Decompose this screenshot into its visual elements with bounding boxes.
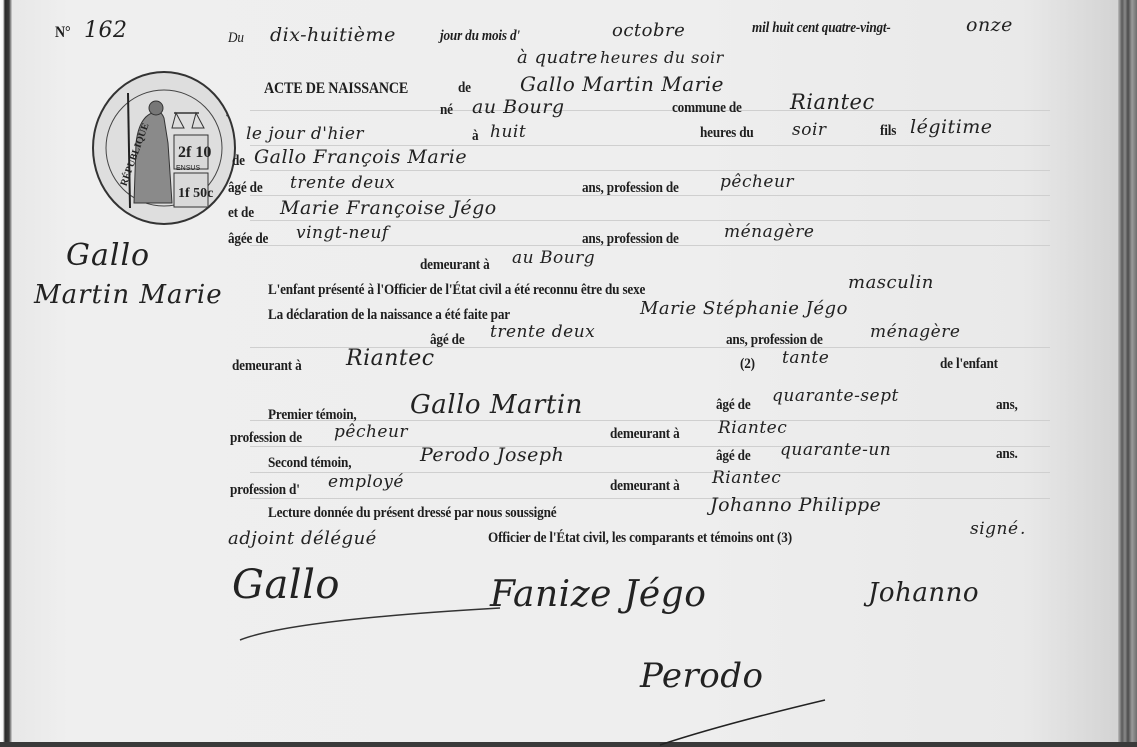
officer-role: adjoint délégué [228,528,377,549]
signature-johanno: Johanno [868,578,979,608]
first-witness-residence: Riantec [718,418,787,438]
signature-flourish [230,600,510,650]
second-witness-residence: Riantec [712,468,781,488]
jour-du-mois-label: jour du mois d' [440,28,520,45]
ruled-line [250,446,1050,447]
mother-age-label: âgée de [228,231,268,248]
child-sex: masculin [848,272,934,293]
hours-period: soir [792,120,827,140]
second-witness-age: quarante-un [780,440,891,460]
signature-jego: Fanize Jégo [490,574,706,615]
ruled-line [250,220,1050,221]
sex-statement: L'enfant présenté à l'Officier de l'État… [268,282,645,299]
second-witness-name: Perodo Joseph [420,444,564,466]
a-label: à [472,128,478,145]
first-witness-age-label: âgé de [716,397,751,414]
signature-underline [640,690,840,747]
second-witness-age-label: âgé de [716,448,751,465]
first-witness-residence-label: demeurant à [610,426,680,443]
fils-label: fils [880,123,896,140]
first-witness-profession: pêcheur [334,422,408,442]
svg-text:2f 10: 2f 10 [178,144,211,161]
ne-label: né [440,102,453,119]
page-binding-edge-right [1118,0,1137,747]
birth-hour: huit [490,122,526,142]
ruled-line [250,170,1050,171]
declarant-name: Marie Stéphanie Jégo [640,298,848,319]
justice-figure-icon: 2f 10 ENSUS 1f 50c RÉPUBLIQUE FRANÇAISE [94,73,234,223]
second-witness-profession-label: profession d' [230,482,300,499]
officer-statement: Officier de l'État civil, les comparants… [488,530,792,547]
ruled-line [250,420,1050,421]
svg-text:FRANÇAISE: FRANÇAISE [210,83,234,139]
signed-period: . [1020,519,1026,539]
relation-note: (2) [740,356,755,373]
mother-profession: ménagère [724,222,814,242]
relation-suffix: de l'enfant [940,356,998,373]
ruled-line [250,498,1050,499]
page-binding-edge-left [0,0,12,747]
declarant-residence: Riantec [346,346,435,371]
father-profession: pêcheur [720,172,794,192]
document-page: N° 162 Du dix-huitième jour du mois d' o… [0,0,1137,747]
relation: tante [782,348,829,368]
signed-mark: signé [970,519,1019,539]
declarant-profession-label: ans, profession de [726,332,823,349]
declaration-statement: La déclaration de la naissance a été fai… [268,307,510,324]
declarant-age-label: âgé de [430,332,465,349]
birth-date-hand: le jour d'hier [246,124,364,144]
second-witness-label: Second témoin, [268,455,351,472]
year-hand: onze [966,14,1013,36]
residence: au Bourg [512,248,595,268]
mother-name: Marie Françoise Jégo [280,197,497,219]
father-age-label: âgé de [228,180,263,197]
father-profession-label: ans, profession de [582,180,679,197]
residence-label: demeurant à [420,257,490,274]
father-age: trente deux [290,173,395,193]
first-witness-profession-label: profession de [230,430,302,447]
year-printed: mil huit cent quatre-vingt- [752,20,891,37]
hours-label: heures du [700,125,754,142]
first-witness-name: Gallo Martin [410,390,583,420]
ruled-line [250,110,1050,111]
second-witness-ans: ans. [996,446,1018,463]
mother-age: vingt-neuf [296,223,389,243]
second-witness-residence-label: demeurant à [610,478,680,495]
declarant-profession: ménagère [870,322,960,342]
first-witness-age: quarante-sept [772,386,899,406]
birth-day: dix-huitième [270,24,396,46]
page-bottom-edge [0,742,1137,747]
officer-name: Johanno Philippe [710,494,881,516]
svg-text:1f 50c: 1f 50c [178,186,213,201]
mother-profession-label: ans, profession de [582,231,679,248]
time-hand: à quatre [517,47,598,68]
svg-text:ENSUS: ENSUS [176,165,200,172]
act-title: ACTE DE NAISSANCE [264,80,408,98]
record-number: 162 [84,18,128,43]
legitimacy: légitime [910,116,993,138]
first-witness-ans: ans, [996,397,1018,414]
father-name: Gallo François Marie [254,146,467,168]
mother-prefix: et de [228,205,254,222]
birth-place: au Bourg [472,96,565,118]
margin-name-surname: Gallo [66,238,150,273]
du-label: Du [228,30,244,47]
declarant-age: trente deux [490,322,595,342]
declarant-residence-label: demeurant à [232,358,302,375]
second-witness-profession: employé [328,472,404,492]
lecture-statement: Lecture donnée du présent dressé par nou… [268,505,556,522]
margin-name-given: Martin Marie [34,280,223,310]
commune-name: Riantec [790,90,875,114]
father-prefix: de [232,153,245,170]
child-name: Gallo Martin Marie [520,72,724,96]
record-number-label: N° [55,24,70,42]
time-suffix: heures du soir [600,48,724,67]
commune-label: commune de [672,100,742,117]
tax-stamp: 2f 10 ENSUS 1f 50c RÉPUBLIQUE FRANÇAISE [92,71,236,225]
birth-month: octobre [612,20,685,41]
de-label: de [458,80,471,97]
